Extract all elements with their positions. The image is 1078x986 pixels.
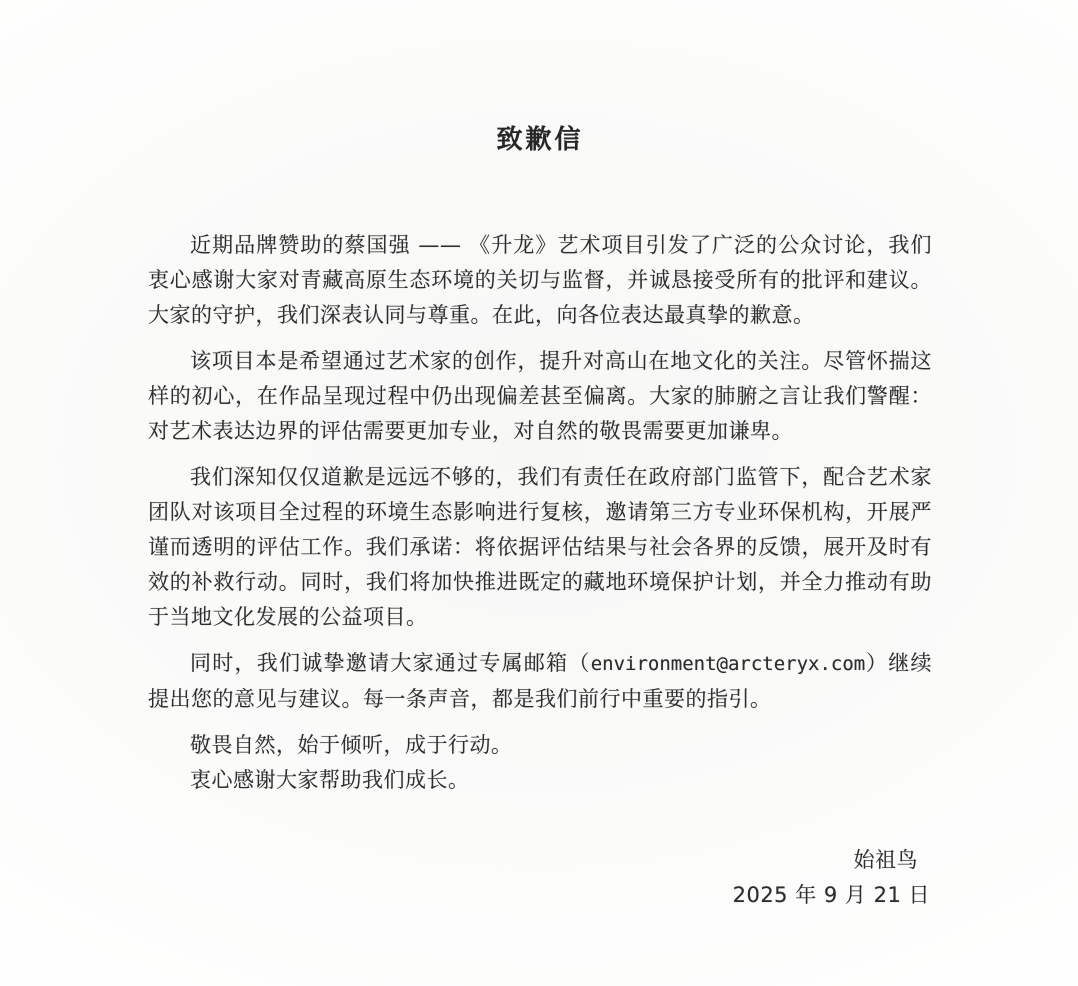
contact-email: environment@arcteryx.com: [591, 653, 866, 675]
signature-block: 始祖鸟 2025 年 9 月 21 日: [148, 843, 932, 913]
letter-body: 致歉信 近期品牌赞助的蔡国强 —— 《升龙》艺术项目引发了广泛的公众讨论，我们衷…: [148, 122, 932, 913]
letter-date: 2025 年 9 月 21 日: [148, 878, 932, 913]
paragraph-1: 近期品牌赞助的蔡国强 —— 《升龙》艺术项目引发了广泛的公众讨论，我们衷心感谢大…: [148, 228, 932, 333]
apology-letter-photo: 致歉信 近期品牌赞助的蔡国强 —— 《升龙》艺术项目引发了广泛的公众讨论，我们衷…: [0, 0, 1078, 986]
paragraph-2: 该项目本是希望通过艺术家的创作，提升对高山在地文化的关注。尽管怀揣这样的初心，在…: [148, 344, 932, 449]
closing-line-2: 衷心感谢大家帮助我们成长。: [148, 763, 932, 798]
paragraph-4: 同时，我们诚挚邀请大家通过专属邮箱（environment@arcteryx.c…: [148, 646, 932, 717]
letter-title: 致歉信: [148, 122, 932, 158]
paragraph-3: 我们深知仅仅道歉是远远不够的，我们有责任在政府部门监管下，配合艺术家团队对该项目…: [148, 460, 932, 635]
closing-line-1: 敬畏自然，始于倾听，成于行动。: [148, 728, 932, 763]
paragraph-4-pre-email-text: 同时，我们诚挚邀请大家通过专属邮箱（: [190, 651, 591, 675]
closing-block: 敬畏自然，始于倾听，成于行动。 衷心感谢大家帮助我们成长。: [148, 728, 932, 798]
signature-brand-name: 始祖鸟: [148, 843, 932, 878]
